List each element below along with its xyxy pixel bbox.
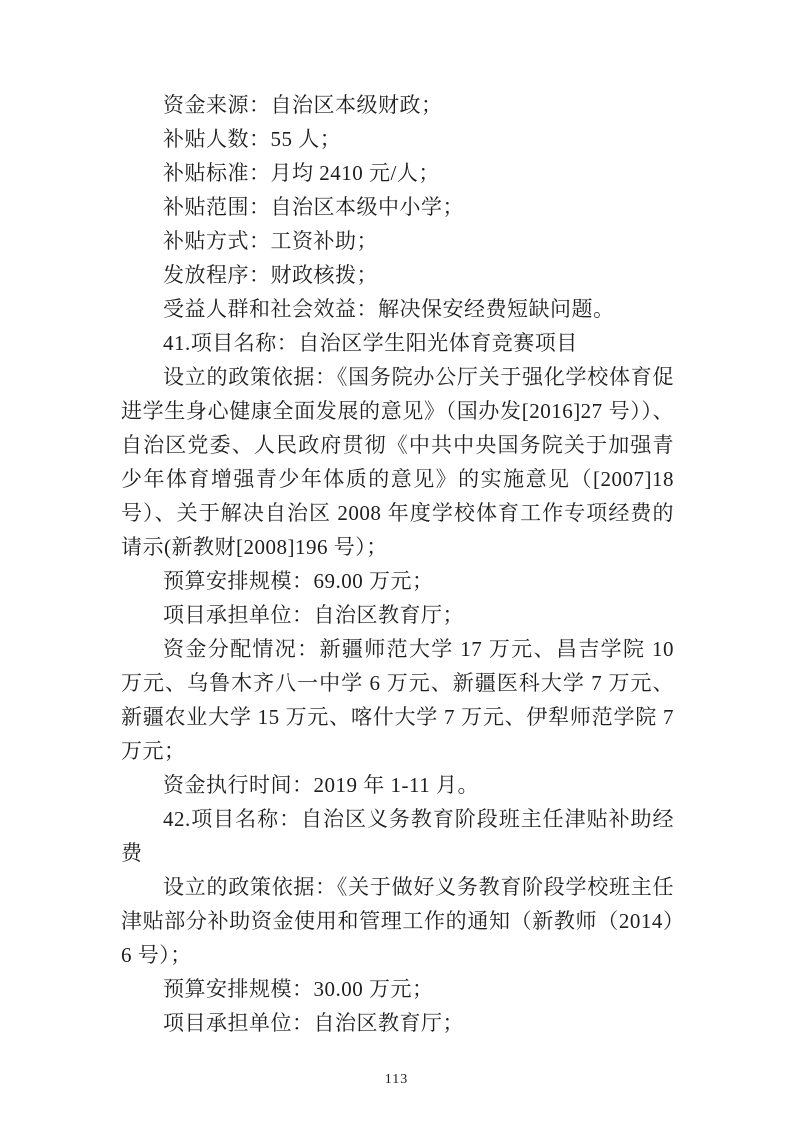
document-body: 资金来源：自治区本级财政； 补贴人数：55 人； 补贴标准：月均 2410 元/… [121,88,674,1040]
paragraph-subsidy-scope: 补贴范围：自治区本级中小学； [121,190,674,224]
paragraph-project-41-unit: 项目承担单位：自治区教育厅； [121,598,674,632]
page-footer: 113 [0,1070,793,1088]
paragraph-project-42-budget: 预算安排规模：30.00 万元； [121,972,674,1006]
paragraph-project-41-policy-basis: 设立的政策依据：《国务院办公厅关于强化学校体育促进学生身心健康全面发展的意见》（… [121,360,674,564]
paragraph-subsidy-headcount: 补贴人数：55 人； [121,122,674,156]
paragraph-project-41-title: 41.项目名称：自治区学生阳光体育竞赛项目 [121,326,674,360]
paragraph-subsidy-method: 补贴方式：工资补助； [121,224,674,258]
paragraph-project-42-title: 42.项目名称：自治区义务教育阶段班主任津贴补助经费 [121,802,674,870]
paragraph-funding-source: 资金来源：自治区本级财政； [121,88,674,122]
paragraph-project-41-fund-allocation: 资金分配情况：新疆师范大学 17 万元、昌吉学院 10 万元、乌鲁木齐八一中学 … [121,632,674,768]
paragraph-subsidy-standard: 补贴标准：月均 2410 元/人； [121,156,674,190]
paragraph-project-41-budget: 预算安排规模：69.00 万元； [121,564,674,598]
document-page: 资金来源：自治区本级财政； 补贴人数：55 人； 补贴标准：月均 2410 元/… [0,0,793,1122]
page-number: 113 [385,1072,408,1087]
paragraph-disbursement-procedure: 发放程序：财政核拨； [121,258,674,292]
paragraph-project-41-execution-time: 资金执行时间：2019 年 1-11 月。 [121,768,674,802]
paragraph-beneficiaries: 受益人群和社会效益：解决保安经费短缺问题。 [121,292,674,326]
paragraph-project-42-unit: 项目承担单位：自治区教育厅； [121,1006,674,1040]
paragraph-project-42-policy-basis: 设立的政策依据：《关于做好义务教育阶段学校班主任津贴部分补助资金使用和管理工作的… [121,870,674,972]
